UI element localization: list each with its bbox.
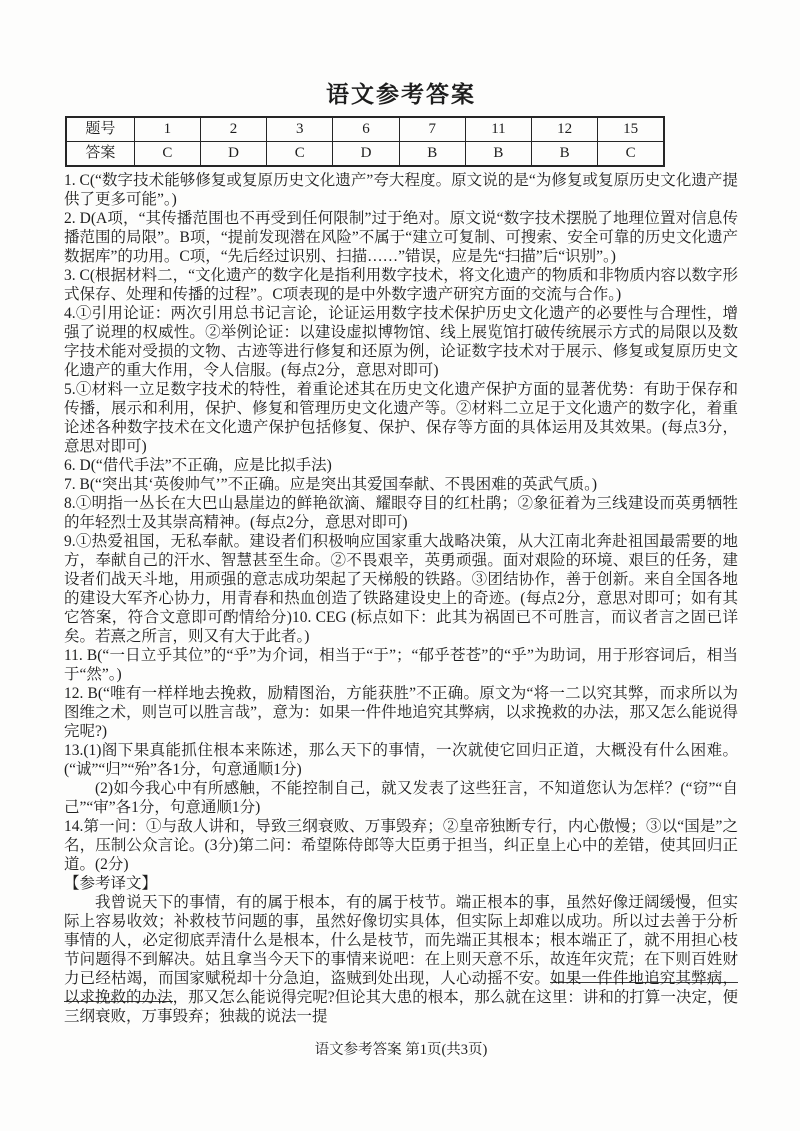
question-number-cell: 1 (134, 117, 200, 142)
explanations-section: 1. C(“数字技术能够修复或复原历史文化遗产”夸大程度。原文说的是“为修复或复… (64, 171, 738, 1026)
explanation-q4: 4.①引用论证：两次引用总书记言论，论证运用数字技术保护历史文化遗产的必要性与合… (64, 304, 738, 380)
answer-cell: C (598, 142, 664, 167)
answer-sheet-page: 语文参考答案 题号 1 2 3 6 7 11 12 15 答案 C D (0, 0, 800, 1131)
explanation-q13-part2: (2)如今我心中有所感触，不能控制自己，就又发表了这些狂言，不知道您认为怎样？(… (64, 779, 738, 817)
answer-cell: C (134, 142, 200, 167)
answer-table: 题号 1 2 3 6 7 11 12 15 答案 C D C D B B B C (65, 116, 665, 167)
answer-cell: B (465, 142, 531, 167)
page-title: 语文参考答案 (64, 76, 738, 109)
question-number-cell: 3 (267, 117, 333, 142)
explanation-q6: 6. D(“借代手法”不正确，应是比拟手法) (64, 456, 738, 475)
question-number-cell: 2 (200, 117, 266, 142)
explanation-q11: 11. B(“一日立乎其位”的“乎”为介词，相当于“于”；“郁乎苍苍”的“乎”为… (64, 646, 738, 684)
explanation-q9-q10: 9.①热爱祖国，无私奉献。建设者们积极响应国家重大战略决策，从大江南北奔赴祖国最… (64, 532, 738, 646)
table-row-answers: 答案 C D C D B B B C (66, 142, 664, 167)
question-number-row-label: 题号 (66, 117, 134, 142)
answer-cell: B (532, 142, 598, 167)
question-number-cell: 12 (532, 117, 598, 142)
question-number-cell: 6 (333, 117, 399, 142)
question-number-cell: 15 (598, 117, 664, 142)
translation-heading: 【参考译文】 (64, 874, 738, 893)
answer-cell: C (267, 142, 333, 167)
explanation-q13-part1: 13.(1)阁下果真能抓住根本来陈述，那么天下的事情，一次就使它回归正道，大概没… (64, 741, 738, 779)
explanation-q1: 1. C(“数字技术能够修复或复原历史文化遗产”夸大程度。原文说的是“为修复或复… (64, 171, 738, 209)
table-row-question-numbers: 题号 1 2 3 6 7 11 12 15 (66, 117, 664, 142)
explanation-q5: 5.①材料一立足数字技术的特性，着重论述其在历史文化遗产保护方面的显著优势：有助… (64, 380, 738, 456)
answer-cell: B (399, 142, 465, 167)
explanation-q3: 3. C(根据材料二，“文化遗产的数字化是指利用数字技术，将文化遗产的物质和非物… (64, 266, 738, 304)
answer-row-label: 答案 (66, 142, 134, 167)
question-number-cell: 11 (465, 117, 531, 142)
explanation-q8: 8.①明指一丛长在大巴山悬崖边的鲜艳欲滴、耀眼夺目的红杜鹃；②象征着为三线建设而… (64, 494, 738, 532)
answer-cell: D (200, 142, 266, 167)
explanation-q12: 12. B(“唯有一样样地去挽救，励精图治，方能获胜”不正确。原文为“将一二以究… (64, 684, 738, 741)
explanation-q14: 14.第一问：①与敌人讲和，导致三纲衰败、万事毁弃；②皇帝独断专行，内心傲慢；③… (64, 817, 738, 874)
translation-paragraph: 我曾说天下的事情，有的属于根本，有的属于枝节。端正根本的事，虽然好像迂阔缓慢，但… (64, 893, 738, 1026)
answer-cell: D (333, 142, 399, 167)
question-number-cell: 7 (399, 117, 465, 142)
explanation-q2: 2. D(A项，“其传播范围也不再受到任何限制”过于绝对。原文说“数字技术摆脱了… (64, 209, 738, 266)
page-footer: 语文参考答案 第1页(共3页) (64, 1038, 738, 1059)
explanation-q7: 7. B(“突出其‘英俊帅气’”不正确。应是突出其爱国奉献、不畏困难的英武气质。… (64, 475, 738, 494)
